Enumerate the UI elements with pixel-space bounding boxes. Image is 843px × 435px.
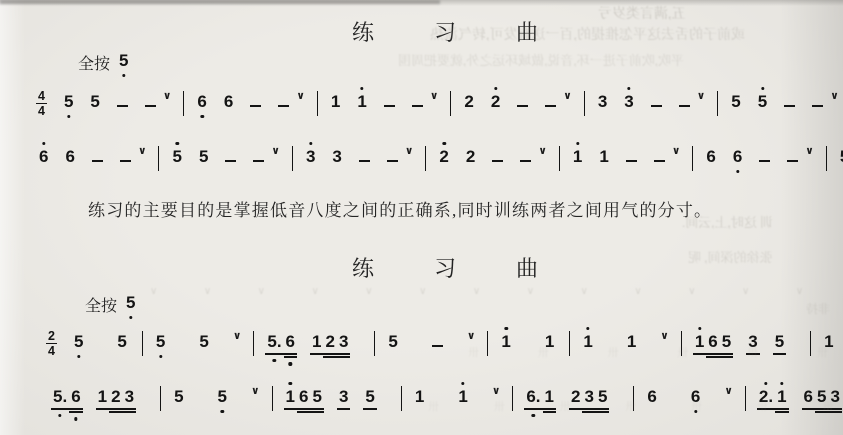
note-glyph [92, 160, 103, 162]
note-glyph [651, 105, 662, 107]
barline [142, 331, 143, 356]
note-glyph [120, 160, 131, 162]
note: 6 [731, 147, 744, 167]
note-glyph: 1 [599, 147, 608, 167]
note: 1 [96, 387, 109, 407]
dash-note [385, 147, 400, 167]
note: 5 [170, 147, 183, 167]
breath-mark: ∨ [724, 386, 733, 397]
note-glyph: 1 [98, 387, 107, 407]
note: 5 [197, 332, 210, 352]
note-group: 5 [115, 332, 128, 352]
breath-mark: ∨ [163, 91, 172, 102]
note-glyph [278, 105, 289, 107]
note-glyph [253, 160, 264, 162]
low-octave-dot [74, 417, 77, 420]
breath-mark: ∨ [697, 91, 706, 102]
note-group: 5 [838, 147, 843, 167]
barline [584, 91, 585, 116]
exercise1-score-line-1: 4455∨66∨11∨22∨33∨55∨66∨ [36, 92, 843, 119]
breath-mark: ∨ [138, 146, 147, 157]
note-group: ∨ [137, 147, 148, 158]
note: 6 [297, 387, 310, 407]
measure: 55∨ [724, 92, 843, 112]
note-glyph: 5 [199, 332, 208, 352]
note-group [115, 92, 130, 112]
note-glyph [359, 160, 370, 162]
note-group: 2 [464, 147, 477, 167]
note-glyph: 6 [224, 92, 233, 112]
dash-note [624, 147, 639, 167]
low-octave-dot [221, 410, 224, 413]
measure: 55∨ [165, 147, 285, 167]
note: 6 [284, 332, 297, 352]
bleedthrough-text: 非持 [806, 300, 830, 317]
low-octave-dot [58, 414, 61, 417]
breath-mark: ∨ [251, 386, 260, 397]
note-glyph: 1 [415, 387, 424, 407]
note-glyph: 5 [64, 92, 73, 112]
bleedthrough-text: 五,满言类岁亏 [598, 3, 686, 23]
bleedthrough-text: ∨ ∨ ∨ ∨ ∨ ∨ ∨ ∨ ∨ ∨ ∨ ∨ ∨ ∨ ∨ ∨ ∨ ∨ [150, 286, 843, 297]
note-glyph [679, 105, 690, 107]
note-group [810, 92, 825, 112]
note-glyph: 5 [90, 92, 99, 112]
note-group: ∨ [295, 92, 306, 103]
breath-mark: ∨ [233, 331, 242, 342]
underline-eighth [323, 353, 336, 355]
barline [160, 386, 161, 411]
high-octave-dot [780, 382, 783, 385]
high-octave-dot [586, 327, 589, 330]
note-group [382, 92, 397, 112]
note-glyph [225, 160, 236, 162]
note-group: 2 [489, 92, 502, 112]
note-group: 5 [216, 387, 229, 407]
note: 5. [51, 387, 69, 407]
note: 5 [172, 387, 185, 407]
time-signature-denominator: 4 [36, 104, 47, 118]
dash-note [410, 92, 425, 112]
exercise2-title: 练习曲 [352, 252, 598, 283]
measure: 55 [67, 332, 136, 352]
breath-mark: ∨ [672, 146, 681, 157]
dash-note [782, 92, 797, 112]
note-glyph [387, 160, 398, 162]
note: 5 [197, 147, 210, 167]
note: 5 [310, 387, 323, 407]
measure: 55∨ [833, 147, 843, 167]
breath-mark: ∨ [563, 91, 572, 102]
note: 6 [195, 92, 208, 112]
note-glyph: 5 [74, 332, 83, 352]
note-glyph [812, 105, 823, 107]
note-glyph [117, 105, 128, 107]
note-glyph: 6 [706, 147, 715, 167]
dash-note [652, 147, 667, 167]
note-group: 5 [88, 92, 101, 112]
note-glyph: 6 [65, 147, 74, 167]
measure: 55∨ [149, 332, 247, 352]
underline-eighth [123, 408, 136, 410]
note-glyph: 2 [111, 387, 120, 407]
note-glyph: 6 [286, 332, 295, 352]
underline-sixteenth [323, 356, 336, 358]
dash-note [223, 147, 238, 167]
dash-note [490, 147, 505, 167]
note-glyph: 1 [312, 332, 321, 352]
note-group: 5 [197, 147, 210, 167]
barline [559, 146, 560, 171]
note-group [143, 92, 158, 112]
underline-eighth [310, 353, 323, 355]
note-glyph: 2 [439, 147, 448, 167]
dash-note [677, 92, 692, 112]
note-glyph: 5 [126, 293, 135, 313]
dash-note [757, 147, 772, 167]
bleedthrough-text: 或前子的舌去这平怎推提的,百一送有发可,转气流热 [430, 24, 745, 44]
barline [450, 91, 451, 116]
note-group [90, 147, 105, 167]
note-group: 5.6 [265, 332, 297, 352]
note-group: 6 [222, 92, 235, 112]
note: 5 [756, 92, 769, 112]
bleedthrough-text: 训 这时,上,云间. [682, 212, 773, 231]
note: 1 [597, 147, 610, 167]
note-group: 6 [195, 92, 208, 112]
note-glyph: 5 [117, 332, 126, 352]
barline [183, 91, 184, 116]
bleedthrough-text: 卅 卅 卅 卅 卅 卅 卅 卅 [468, 344, 843, 360]
barline [374, 331, 375, 356]
breath-mark: ∨ [492, 386, 501, 397]
note-group [757, 147, 772, 167]
note: 6 [704, 147, 717, 167]
measure: 55∨ [167, 387, 265, 407]
measure: 11∨ [566, 147, 686, 167]
low-octave-dot [129, 316, 132, 319]
note: 5 [838, 147, 843, 167]
note: 3 [596, 92, 609, 112]
underline-eighth [69, 408, 82, 410]
note-glyph [412, 105, 423, 107]
note-glyph [545, 105, 556, 107]
note-group: 1 [571, 147, 584, 167]
note-glyph [250, 105, 261, 107]
note-glyph: 2 [491, 92, 500, 112]
dash-note [276, 92, 291, 112]
note: 3 [330, 147, 343, 167]
low-octave-dot [77, 355, 80, 358]
note-group: 1 [355, 92, 368, 112]
dash-note [90, 147, 105, 167]
note-glyph: 2 [464, 92, 473, 112]
breath-mark: ∨ [467, 331, 476, 342]
note-group: 6 [63, 147, 76, 167]
measure: 5.6123 [260, 332, 368, 352]
note-group [248, 92, 263, 112]
note-glyph [492, 160, 503, 162]
note-group: 6 [731, 147, 744, 167]
underline-eighth [297, 408, 310, 410]
note: 1 [355, 92, 368, 112]
underline-eighth [265, 353, 283, 355]
note-group: ∨ [723, 387, 734, 398]
note: 1 [329, 92, 342, 112]
note-glyph: 2 [466, 147, 475, 167]
exercise1-score-line-2: 66∨55∨33∨22∨11∨66∨55∨ [32, 147, 843, 171]
high-octave-dot [504, 327, 507, 330]
note-glyph [517, 105, 528, 107]
note-glyph: 5 [312, 387, 321, 407]
bleedthrough-text: 张徐的深间, 呢 [688, 247, 773, 266]
note-glyph [787, 160, 798, 162]
high-octave-dot [761, 87, 764, 90]
high-octave-dot [309, 142, 312, 145]
dash-note [248, 92, 263, 112]
high-octave-dot [360, 87, 363, 90]
note: 5 [729, 92, 742, 112]
note-glyph: 5 [174, 387, 183, 407]
dash-note [357, 147, 372, 167]
note-group: 2 [462, 92, 475, 112]
note: 5 [88, 92, 101, 112]
underline-eighth [337, 408, 350, 410]
note-glyph: 3 [125, 387, 134, 407]
note-glyph: 5 [758, 92, 767, 112]
note: 1 [284, 387, 297, 407]
note: 5 [386, 332, 399, 352]
measure: 66∨ [699, 147, 819, 167]
high-octave-dot [176, 142, 179, 145]
note-group: 5 [62, 92, 75, 112]
measure: 16535 [279, 387, 395, 407]
dash-note [518, 147, 533, 167]
note-group: 1 [413, 387, 426, 407]
note-glyph: 6 [733, 147, 742, 167]
note-group: ∨ [466, 332, 477, 343]
note-group: ∨ [804, 147, 815, 158]
measure: 66∨ [190, 92, 310, 112]
underline-sixteenth [284, 356, 297, 358]
low-octave-dot [122, 74, 125, 77]
dash-note [810, 92, 825, 112]
high-octave-dot [764, 382, 767, 385]
note-group [410, 92, 425, 112]
note: 6 [222, 92, 235, 112]
underline-sixteenth [109, 411, 122, 413]
note: 5 [62, 92, 75, 112]
low-octave-dot [289, 362, 292, 365]
note-group: 5 [172, 387, 185, 407]
note-group [543, 92, 558, 112]
barline [253, 331, 254, 356]
note-glyph [432, 345, 443, 347]
note: 3 [337, 387, 350, 407]
barline [272, 386, 273, 411]
note-group [430, 332, 445, 352]
measure: 33∨ [299, 147, 419, 167]
measure: 22∨ [432, 147, 552, 167]
note: 6 [37, 147, 50, 167]
time-signature: 44 [36, 89, 47, 119]
note-group: 3 [596, 92, 609, 112]
high-octave-dot [494, 87, 497, 90]
note-group: 3 [337, 387, 350, 407]
underline-eighth [96, 408, 109, 410]
high-octave-dot [42, 142, 45, 145]
exercise1-key-signature: 全按 5 [78, 51, 130, 74]
note-glyph: 5 [365, 387, 374, 407]
note-glyph: 6 [299, 387, 308, 407]
exercise2-key-signature: 全按 5 [85, 293, 137, 316]
measure: 33∨ [591, 92, 711, 112]
note-group: ∨ [270, 147, 281, 158]
measure: 11∨ [324, 92, 444, 112]
scanned-music-page: 练习曲 全按 5 4455∨66∨11∨22∨33∨55∨66∨ 66∨55∨3… [0, 0, 843, 435]
note: 5 [363, 387, 376, 407]
exercise-note-paragraph: 练习的主要目的是掌握低音八度之间的正确系,同时训练两者之间用气的分寸。 [88, 196, 712, 221]
note-glyph [759, 160, 770, 162]
note-group: ∨ [537, 147, 548, 158]
barline [158, 146, 159, 171]
note-group [677, 92, 692, 112]
note-group: ∨ [429, 92, 440, 103]
low-octave-dot [67, 115, 70, 118]
note-group: ∨ [232, 332, 243, 343]
note-group: ∨ [696, 92, 707, 103]
key-note: 5 [124, 293, 137, 313]
underline-sixteenth [337, 356, 350, 358]
note-group: 3 [304, 147, 317, 167]
high-octave-dot [698, 327, 701, 330]
measure: 5.6123 [46, 387, 154, 407]
note-glyph: 5 [119, 51, 128, 71]
underline-eighth [284, 353, 297, 355]
barline [826, 146, 827, 171]
note-group: ∨ [491, 387, 502, 398]
note-group: ∨ [250, 387, 261, 398]
key-prefix-label: 全按 [78, 51, 110, 74]
high-octave-dot [627, 87, 630, 90]
underline-eighth [363, 408, 376, 410]
note-group: 3 [622, 92, 635, 112]
note-group: 5 [72, 332, 85, 352]
barline [425, 146, 426, 171]
note-glyph [626, 160, 637, 162]
time-signature-numerator: 2 [46, 329, 57, 344]
dash-note [649, 92, 664, 112]
measure: 55∨ [57, 92, 177, 112]
note-group [782, 92, 797, 112]
note: 2 [437, 147, 450, 167]
note-glyph: 1 [573, 147, 582, 167]
underline-eighth [310, 408, 323, 410]
low-octave-dot [532, 414, 535, 417]
time-signature-numerator: 4 [36, 89, 47, 104]
breath-mark: ∨ [805, 146, 814, 157]
note: 3 [304, 147, 317, 167]
note-glyph: 3 [306, 147, 315, 167]
high-octave-dot [442, 142, 445, 145]
note-group: ∨ [562, 92, 573, 103]
note-group: 5 [170, 147, 183, 167]
high-octave-dot [576, 142, 579, 145]
note-group [649, 92, 664, 112]
underline-sixteenth [69, 411, 82, 413]
note-group [652, 147, 667, 167]
key-note: 5 [117, 51, 130, 71]
bleedthrough-text: 平吹,吹前子进一环,音说,做域环运之外,就要把周围 [398, 50, 684, 69]
note-group: 123 [96, 387, 136, 407]
underline-sixteenth [297, 411, 310, 413]
note-glyph: 3 [598, 92, 607, 112]
note-group [276, 92, 291, 112]
time-signature-denominator: 4 [46, 344, 57, 358]
note-glyph: 5 [172, 147, 181, 167]
note-group: 5 [729, 92, 742, 112]
note-group [490, 147, 505, 167]
key-prefix-label: 全按 [85, 293, 117, 316]
underline-sixteenth [310, 411, 323, 413]
barline [317, 91, 318, 116]
note-glyph: 6 [197, 92, 206, 112]
underline-eighth [109, 408, 122, 410]
note-group: 6 [37, 147, 50, 167]
note-group [251, 147, 266, 167]
note-glyph: 5. [53, 387, 67, 407]
underline-eighth [284, 408, 297, 410]
dash-note [118, 147, 133, 167]
note: 2 [109, 387, 122, 407]
note-glyph [384, 105, 395, 107]
breath-mark: ∨ [660, 331, 669, 342]
note-group: 2 [437, 147, 450, 167]
note: 1 [571, 147, 584, 167]
note-glyph: 3 [624, 92, 633, 112]
note-glyph: 5 [199, 147, 208, 167]
note: 5. [265, 332, 283, 352]
note: 3 [337, 332, 350, 352]
note-group: 5 [197, 332, 210, 352]
note: 5 [124, 293, 137, 313]
note: 5 [117, 51, 130, 71]
dash-note [115, 92, 130, 112]
breath-mark: ∨ [271, 146, 280, 157]
note-glyph: 6 [71, 387, 80, 407]
breath-mark: ∨ [405, 146, 414, 157]
note-group [515, 92, 530, 112]
dash-note [430, 332, 445, 352]
dash-note [785, 147, 800, 167]
note: 5 [72, 332, 85, 352]
note-glyph: 3 [332, 147, 341, 167]
note-glyph [784, 105, 795, 107]
note-group: ∨ [829, 92, 840, 103]
note-group [223, 147, 238, 167]
note-glyph: 1 [286, 387, 295, 407]
bleedthrough-text: 卅 卅 卅 卅 卅 卅 卅 卅 卅 [428, 398, 843, 414]
note: 1 [413, 387, 426, 407]
note-glyph [520, 160, 531, 162]
note-glyph: 1 [331, 92, 340, 112]
note-glyph: 5 [731, 92, 740, 112]
note-group: 5 [756, 92, 769, 112]
dash-note [515, 92, 530, 112]
low-octave-dot [200, 115, 203, 118]
note-glyph: 5 [156, 332, 165, 352]
note-group: 5 [363, 387, 376, 407]
